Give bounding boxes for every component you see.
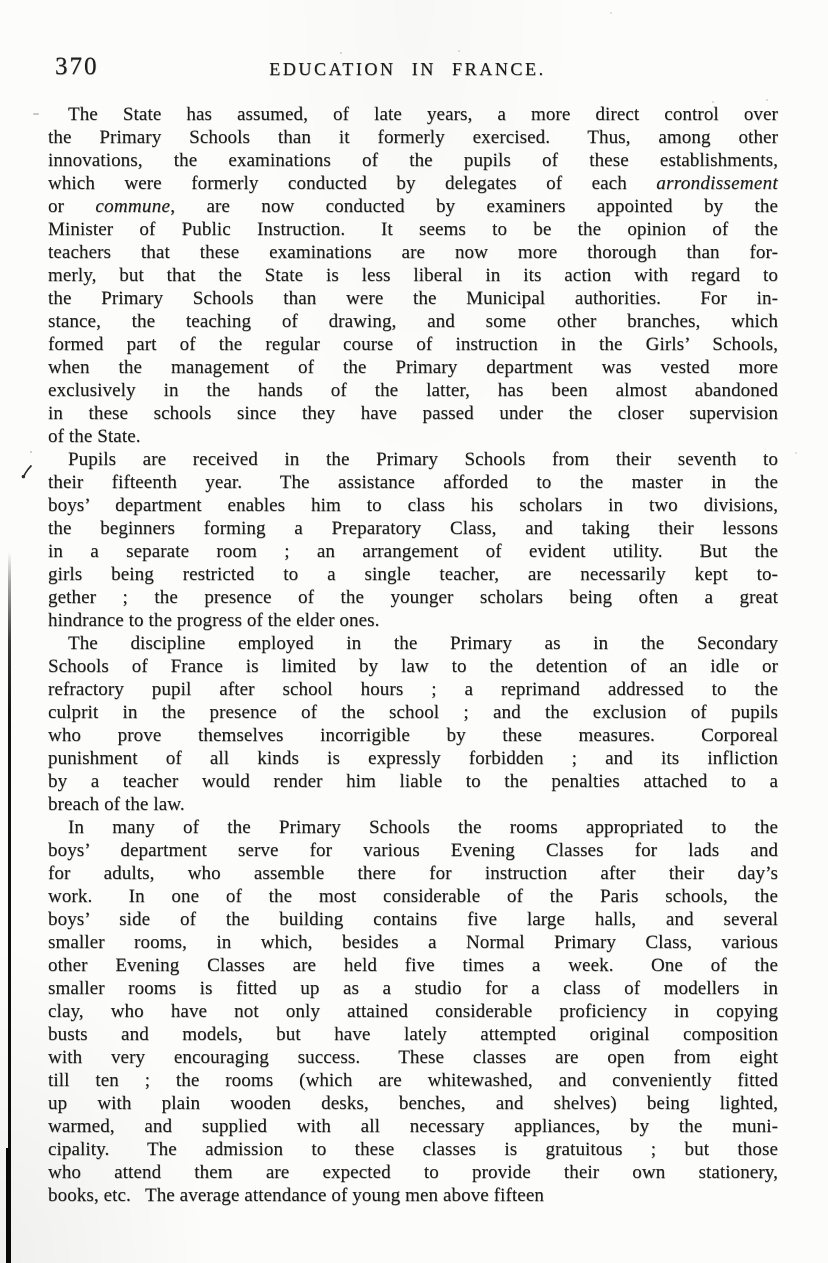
ink-speck (712, 101, 714, 103)
paragraph: The State has assumed, of late years, a … (48, 103, 778, 448)
text-line: which were formerly conducted by delegat… (48, 172, 778, 195)
ink-speck (340, 52, 342, 54)
text-line: Schools of France is limited by law to t… (48, 655, 778, 678)
text-line: hindrance to the progress of the elder o… (48, 609, 778, 632)
text-line: gether ; the presence of the younger sch… (48, 586, 778, 609)
text-line: clay, who have not only attained conside… (48, 1000, 778, 1023)
text-line: with very encouraging success. These cla… (48, 1046, 778, 1069)
text-line: busts and models, but have lately attemp… (48, 1023, 778, 1046)
text-line: refractory pupil after school hours ; a … (48, 678, 778, 701)
margin-ink-mark-icon (20, 464, 34, 480)
text-line: who attend them are expected to provide … (48, 1161, 778, 1184)
text-line: punishment of all kinds is expressly for… (48, 747, 778, 770)
text-line: the Primary Schools than were the Munici… (48, 287, 778, 310)
text-line: smaller rooms, in which, besides a Norma… (48, 931, 778, 954)
text-line: merly, but that the State is less libera… (48, 264, 778, 287)
text-line: boys’ department serve for various Eveni… (48, 839, 778, 862)
text-line: when the management of the Primary depar… (48, 356, 778, 379)
text-line: Minister of Public Instruction. It seems… (48, 218, 778, 241)
page-header: 370 EDUCATION IN FRANCE. (48, 53, 778, 87)
text-line: exclusively in the hands of the latter, … (48, 379, 778, 402)
text-line: by a teacher would render him liable to … (48, 770, 778, 793)
paragraph: Pupils are received in the Primary Schoo… (48, 448, 778, 632)
ink-speck (610, 12, 612, 14)
text-line: In many of the Primary Schools the rooms… (48, 816, 778, 839)
text-line: or commune, are now conducted by examine… (48, 195, 778, 218)
spine-shadow-line (8, 552, 11, 1263)
text-line: The State has assumed, of late years, a … (48, 103, 778, 126)
text-line: of the State. (48, 425, 778, 448)
ink-speck (458, 50, 460, 52)
text-block: The State has assumed, of late years, a … (48, 103, 778, 1207)
text-line: in a separate room ; an arrangement of e… (48, 540, 778, 563)
text-line: the beginners forming a Preparatory Clas… (48, 517, 778, 540)
ink-speck (30, 451, 32, 453)
text-line: in these schools since they have passed … (48, 402, 778, 425)
text-line: their fifteenth year. The assistance aff… (48, 471, 778, 494)
text-line: up with plain wooden desks, benches, and… (48, 1092, 778, 1115)
paragraph: The discipline employed in the Primary a… (48, 632, 778, 816)
text-line: cipality. The admission to these classes… (48, 1138, 778, 1161)
text-line: books, etc. The average attendance of yo… (48, 1184, 778, 1207)
text-line: The discipline employed in the Primary a… (48, 632, 778, 655)
text-line: who prove themselves incorrigible by the… (48, 724, 778, 747)
ink-speck (33, 113, 39, 115)
text-line: boys’ side of the building contains five… (48, 908, 778, 931)
text-line: boys’ department enables him to class hi… (48, 494, 778, 517)
text-line: till ten ; the rooms (which are whitewas… (48, 1069, 778, 1092)
text-line: for adults, who assemble there for instr… (48, 862, 778, 885)
text-line: the Primary Schools than it formerly exe… (48, 126, 778, 149)
running-title: EDUCATION IN FRANCE. (269, 59, 545, 80)
text-line: warmed, and supplied with all necessary … (48, 1115, 778, 1138)
paragraph: In many of the Primary Schools the rooms… (48, 816, 778, 1207)
text-line: culprit in the presence of the school ; … (48, 701, 778, 724)
text-line: stance, the teaching of drawing, and som… (48, 310, 778, 333)
text-line: formed part of the regular course of ins… (48, 333, 778, 356)
text-line: innovations, the examinations of the pup… (48, 149, 778, 172)
ink-speck (795, 452, 797, 454)
text-line: smaller rooms is fitted up as a studio f… (48, 977, 778, 1000)
text-line: girls being restricted to a single teach… (48, 563, 778, 586)
text-line: teachers that these examinations are now… (48, 241, 778, 264)
text-line: breach of the law. (48, 793, 778, 816)
text-line: Pupils are received in the Primary Schoo… (48, 448, 778, 471)
text-line: work. In one of the most considerable of… (48, 885, 778, 908)
page-number: 370 (55, 53, 99, 81)
ink-speck (766, 99, 768, 101)
text-line: other Evening Classes are held five time… (48, 954, 778, 977)
